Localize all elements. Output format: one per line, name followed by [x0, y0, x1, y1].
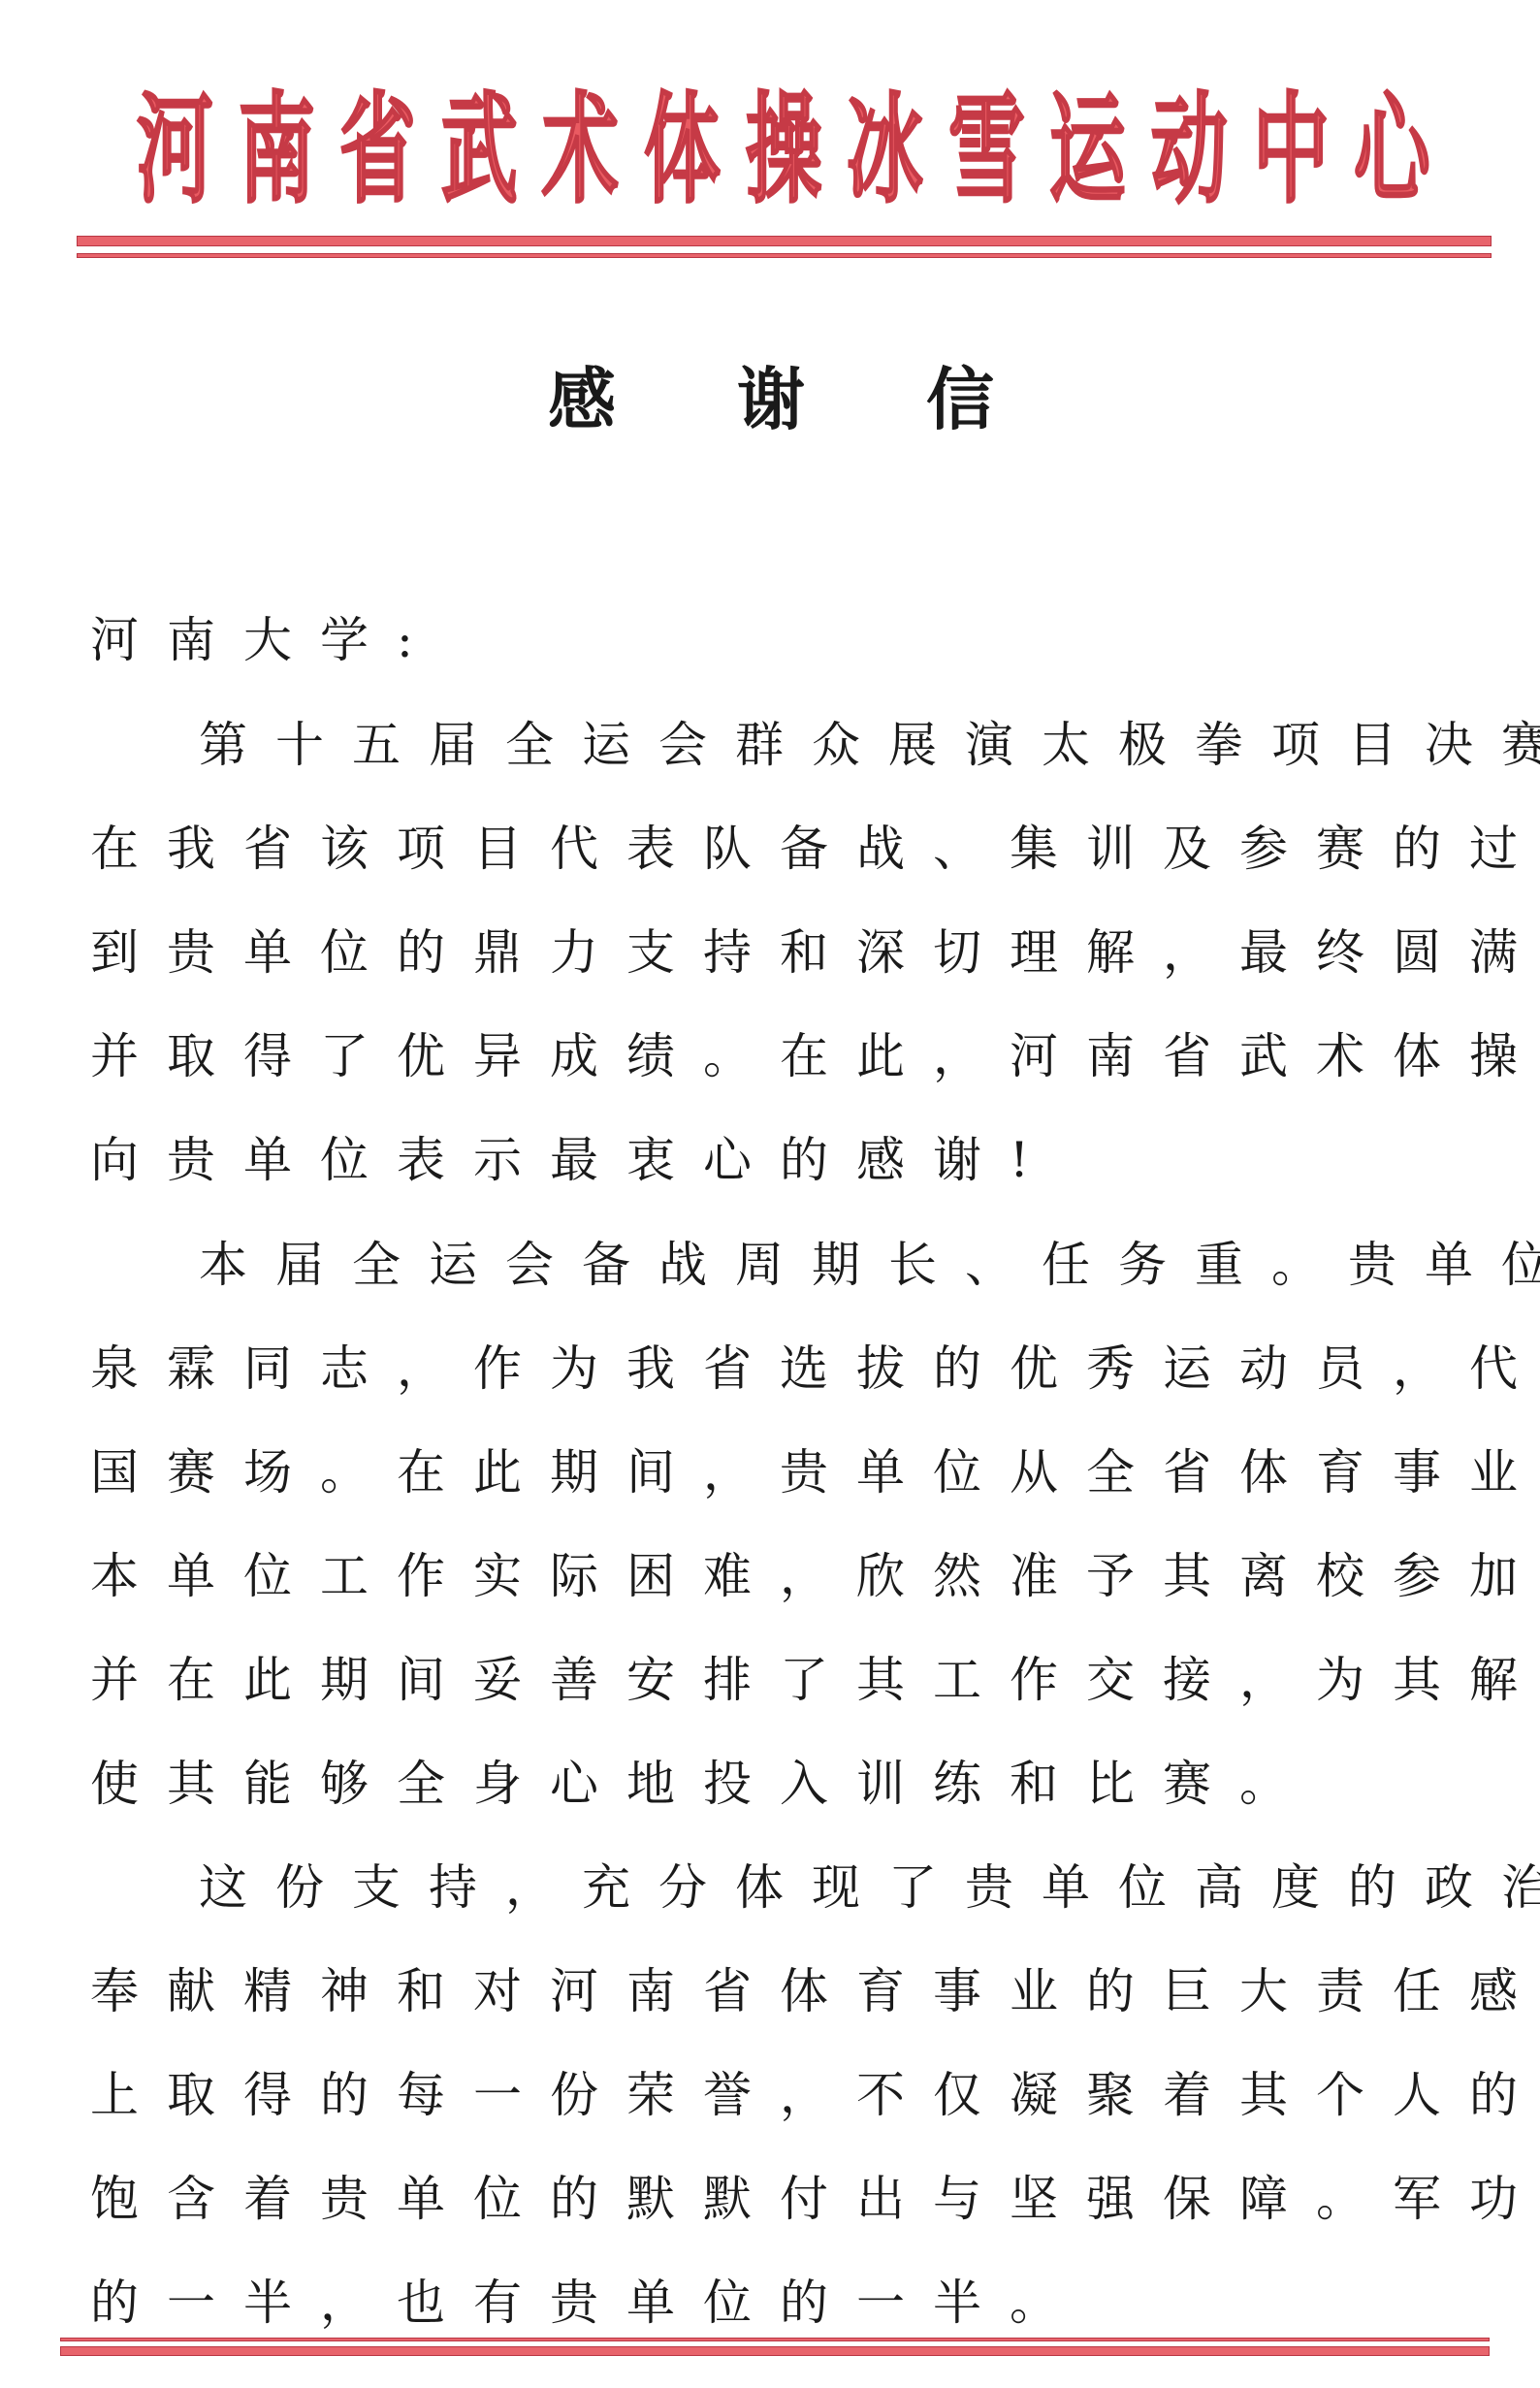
- letter-title-char: 感: [543, 366, 621, 434]
- paragraph-2-line: 泉霖同志，作为我省选拔的优秀运动员，代表河南省出征全: [90, 1341, 1540, 1396]
- paragraph-2-line: 本届全运会备战周期长、任务重。贵单位学生乔珅、陶: [199, 1238, 1540, 1292]
- paragraph-1-line: 到贵单位的鼎力支持和深切理解，最终圆满完成了参赛任务，: [90, 925, 1540, 980]
- paragraph-2-line: 并在此期间妥善安排了其工作交接，为其解除了后顾之忧，: [90, 1653, 1540, 1707]
- letterhead-rule-thin: [77, 253, 1492, 258]
- paragraph-2-line: 国赛场。在此期间，贵单位从全省体育事业大局出发，克服: [90, 1445, 1540, 1500]
- letter-title-char: 信: [921, 366, 999, 434]
- org-name-char: 冰: [844, 91, 927, 210]
- paragraph-1-line: 向贵单位表示最衷心的感谢!: [90, 1133, 1057, 1187]
- org-name: 河 南 省 武 术 体 操 冰 雪 运 动 中 心: [124, 78, 1443, 223]
- org-name-char: 术: [539, 91, 623, 210]
- letter-title-char: 谢: [732, 366, 810, 434]
- org-name-char: 中: [1249, 91, 1332, 210]
- org-name-char: 动: [1148, 91, 1232, 210]
- letter-title: 感 谢 信: [543, 351, 999, 448]
- paragraph-3-line: 的一半，也有贵单位的一半。: [90, 2275, 1086, 2330]
- letterhead-rule-thick: [77, 236, 1492, 246]
- org-name-char: 河: [133, 91, 216, 210]
- org-name-char: 省: [337, 91, 420, 210]
- org-name-char: 心: [1351, 91, 1434, 210]
- salutation: 河南大学:: [90, 613, 441, 667]
- org-name-char: 运: [1046, 91, 1130, 210]
- org-name-char: 武: [437, 91, 521, 210]
- paragraph-1-line: 第十五届全运会群众展演太极拳项目决赛已胜利闭幕。: [199, 718, 1540, 772]
- paragraph-3-line: 上取得的每一份荣誉，不仅凝聚着其个人的汗水与拼搏，更: [90, 2068, 1540, 2122]
- org-name-char: 南: [235, 91, 318, 210]
- footer-rule-thin: [60, 2338, 1490, 2341]
- paragraph-2-line: 使其能够全身心地投入训练和比赛。: [90, 1757, 1316, 1811]
- paragraph-3-line: 饱含着贵单位的默默付出与坚强保障。军功章上，有运动员: [90, 2172, 1540, 2226]
- paragraph-3-line: 奉献精神和对河南省体育事业的巨大责任感。运动员在赛场: [90, 1964, 1540, 2018]
- paragraph-1-line: 在我省该项目代表队备战、集训及参赛的过程中，荣幸地得: [90, 822, 1540, 876]
- org-name-char: 体: [640, 91, 723, 210]
- org-name-char: 雪: [945, 91, 1028, 210]
- letterhead: 河 南 省 武 术 体 操 冰 雪 运 动 中 心: [0, 0, 1540, 272]
- footer-rule-thick: [60, 2346, 1490, 2356]
- paragraph-3-line: 这份支持，充分体现了贵单位高度的政治站位、无私的: [199, 1860, 1540, 1915]
- org-name-char: 操: [742, 91, 825, 210]
- paragraph-1-line: 并取得了优异成绩。在此，河南省武术体操冰雪运动中心谨: [90, 1029, 1540, 1083]
- paragraph-2-line: 本单位工作实际困难，欣然准予其离校参加封闭集训和比赛，: [90, 1549, 1540, 1603]
